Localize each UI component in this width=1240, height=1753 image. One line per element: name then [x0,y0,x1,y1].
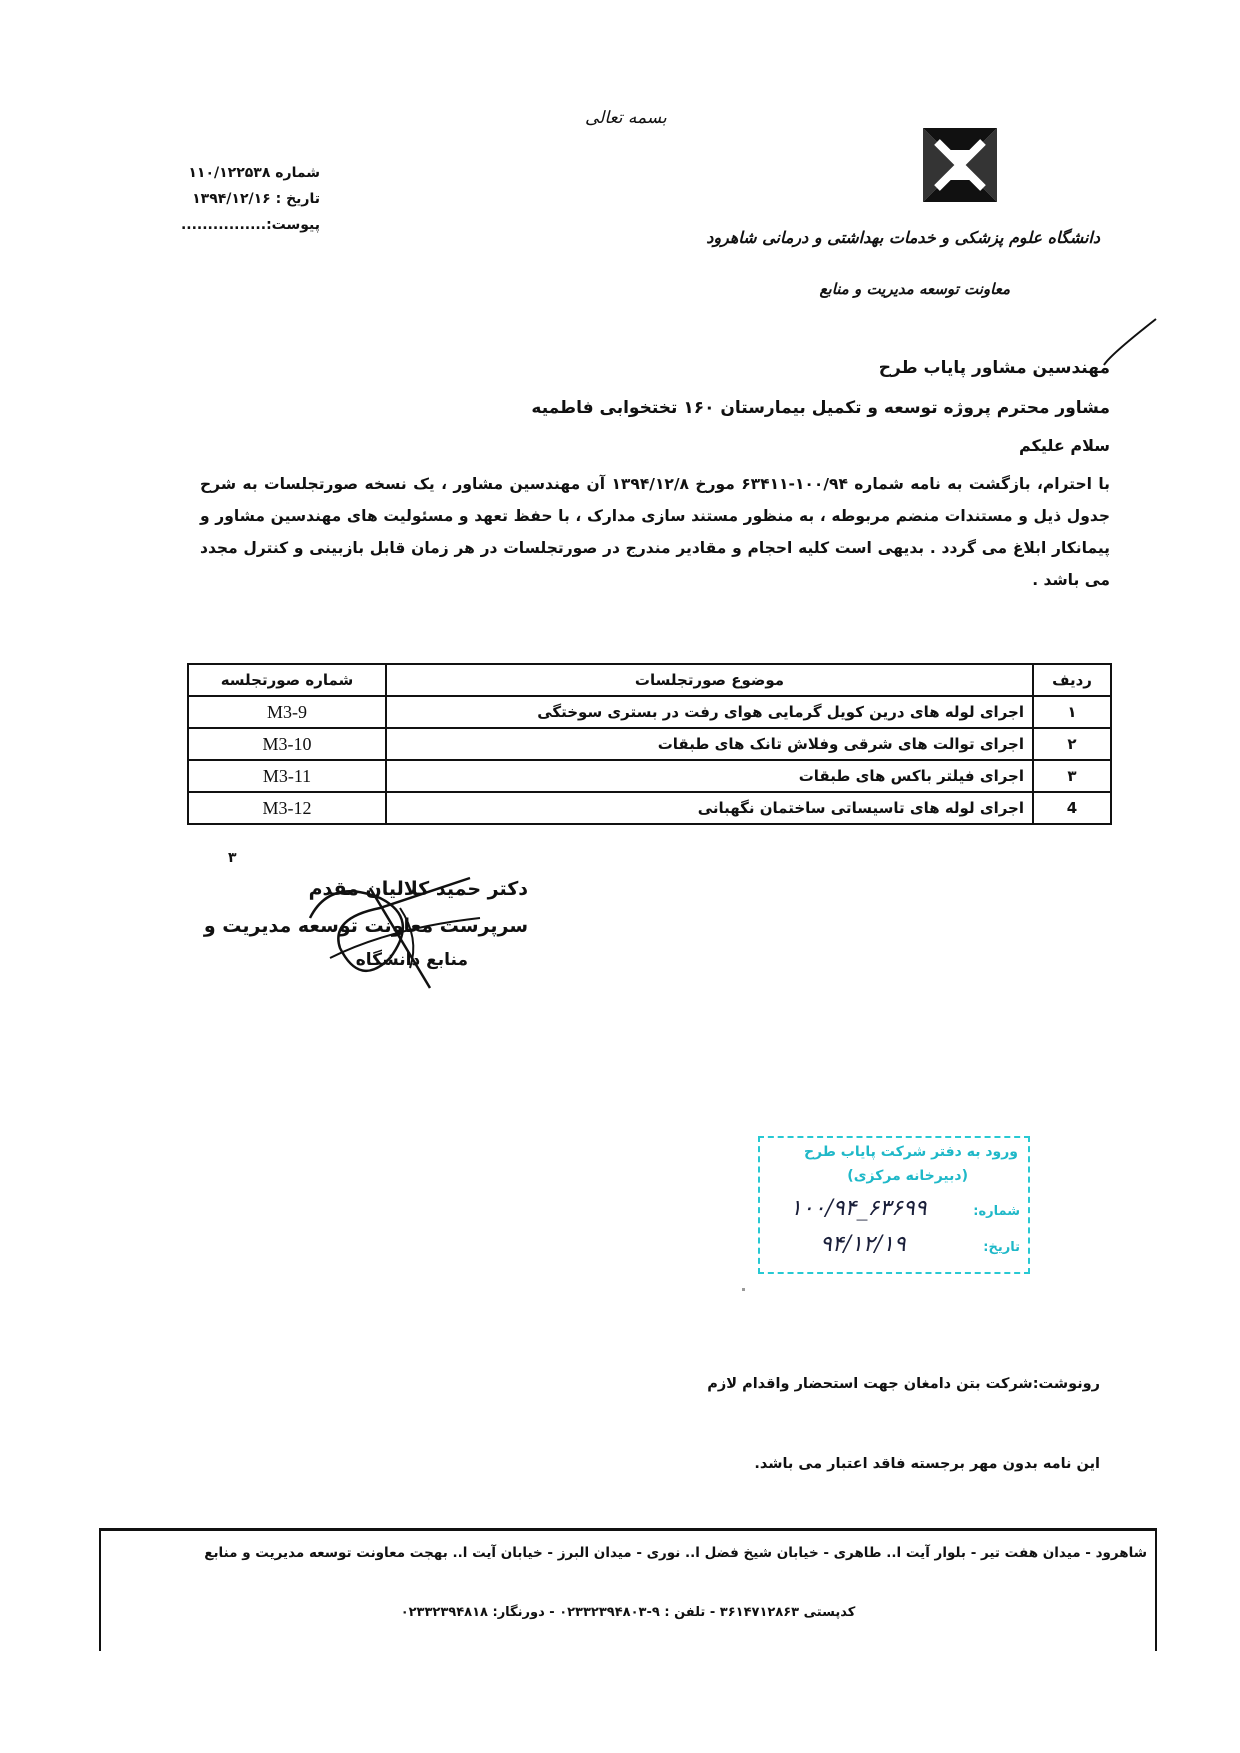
recipient: مهندسین مشاور پایاب طرح [879,358,1110,378]
stamp-subtitle: (دبیرخانه مرکزی) [847,1168,968,1184]
table-row: ۱ اجرای لوله های درین کویل گرمایی هوای ر… [188,696,1111,728]
validity-note: این نامه بدون مهر برجسته فاقد اعتبار می … [754,1456,1100,1472]
body-paragraph: با احترام، بازگشت به نامه شماره ۱۰۰/۹۴-۶… [200,468,1110,596]
letter-meta: شماره ۱۱۰/۱۲۲۵۳۸ تاریخ : ۱۳۹۴/۱۲/۱۶ پیوس… [170,160,320,238]
letter-date: تاریخ : ۱۳۹۴/۱۲/۱۶ [170,186,320,212]
row-no: ۳ [1033,760,1111,792]
letter-attachment: پیوست:................ [170,212,320,238]
subject-line: مشاور محترم پروژه توسعه و تکمیل بیمارستا… [531,398,1110,418]
stamp-number-value: ۱۰۰/۹۴_۶۳۶۹۹ [790,1196,927,1221]
row-minutes-no: M3-10 [188,728,386,760]
stamp-date-label: تاریخ: [983,1240,1020,1255]
department-name: معاونت توسعه مدیریت و منابع [820,280,1010,298]
handwritten-signature-icon [270,858,520,998]
row-subject: اجرای لوله های تاسیساتی ساختمان نگهبانی [386,792,1033,824]
minutes-table: ردیف موضوع صورتجلسات شماره صورتجلسه ۱ اج… [187,663,1112,825]
header-minutes-no: شماره صورتجلسه [188,664,386,696]
row-no: ۲ [1033,728,1111,760]
letter-number: شماره ۱۱۰/۱۲۲۵۳۸ [170,160,320,186]
table-header-row: ردیف موضوع صورتجلسات شماره صورتجلسه [188,664,1111,696]
row-subject: اجرای فیلتر باکس های طبقات [386,760,1033,792]
university-logo-icon [915,120,1005,210]
footer-contact: کدپستی ۳۶۱۴۷۱۲۸۶۳ - تلفن : ۹-۰۲۳۳۲۳۹۴۸۰۳… [101,1605,1155,1620]
university-name: دانشگاه علوم پزشکی و خدمات بهداشتی و درم… [706,228,1100,247]
received-stamp: ورود به دفتر شرکت پایاب طرح (دبیرخانه مر… [758,1136,1030,1274]
footer: شاهرود - میدان هفت تیر - بلوار آیت ا.. ط… [99,1528,1157,1651]
carbon-copy: رونوشت:شرکت بتن دامغان جهت استحضار واقدا… [707,1376,1100,1392]
row-no: ۱ [1033,696,1111,728]
header-subject: موضوع صورتجلسات [386,664,1033,696]
row-subject: اجرای توالت های شرقی وفلاش تانک های طبقا… [386,728,1033,760]
stamp-title: ورود به دفتر شرکت پایاب طرح [804,1144,1018,1160]
signature-mark: ۳ [228,850,237,866]
invocation: بسمه تعالی [585,108,667,128]
row-minutes-no: M3-12 [188,792,386,824]
row-no: 4 [1033,792,1111,824]
table-row: 4 اجرای لوله های تاسیساتی ساختمان نگهبان… [188,792,1111,824]
row-minutes-no: M3-9 [188,696,386,728]
greeting: سلام علیکم [1019,436,1110,455]
row-minutes-no: M3-11 [188,760,386,792]
row-subject: اجرای لوله های درین کویل گرمایی هوای رفت… [386,696,1033,728]
stamp-number-label: شماره: [973,1204,1020,1219]
table-row: ۳ اجرای فیلتر باکس های طبقات M3-11 [188,760,1111,792]
stamp-date-value: ۹۴/۱۲/۱۹ [820,1232,906,1257]
header-row-no: ردیف [1033,664,1111,696]
scan-speck [742,1288,745,1291]
footer-address: شاهرود - میدان هفت تیر - بلوار آیت ا.. ط… [204,1545,1147,1561]
table-row: ۲ اجرای توالت های شرقی وفلاش تانک های طب… [188,728,1111,760]
